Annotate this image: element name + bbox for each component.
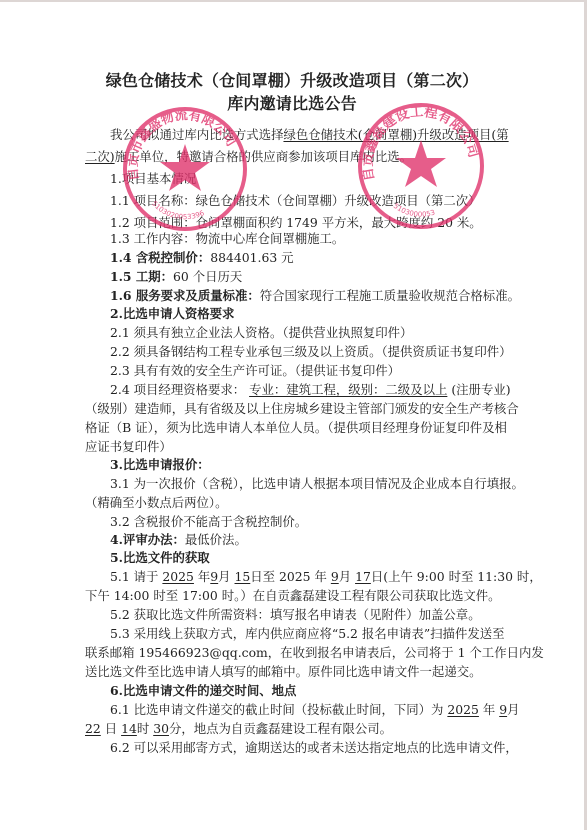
deadline-day: 22	[85, 721, 101, 736]
text: 日(上午 9:00 时至 11:30 时，	[371, 569, 542, 584]
section3-heading: 3.比选申请报价：	[110, 457, 210, 473]
section6-heading: 6.比选申请文件的递交时间、地点	[110, 683, 296, 699]
item-label: 1.6 服务要求及质量标准：	[110, 288, 260, 303]
section4: 4.评审办法：最低价法。	[110, 532, 247, 548]
item-text: 绿色仓储技术（仓间罩棚）升级改造项目（第二次）	[196, 193, 481, 208]
item-text: 仓间罩棚面积约 1749 平方米，最大跨度约 20 米。	[196, 215, 482, 230]
intro-project-name-cont: 二次)	[85, 149, 115, 164]
item-label: 1.1 项目名称：	[110, 193, 196, 208]
document-title-line2: 库内邀请比选公告	[0, 91, 584, 114]
item-2-1: 2.1 须具有独立企业法人资格。（提供营业执照复印件）	[110, 325, 412, 341]
item-text: 符合国家现行工程施工质量验收规范合格标准。	[260, 288, 520, 303]
item-label: 1.4 含税控制价：	[110, 250, 210, 265]
deadline-hour: 14	[121, 721, 137, 736]
item-5-3-line3: 送比选文件至比选申请人填写的邮箱中。原件同比选申请文件一起递交。	[85, 664, 482, 680]
text: 6.1 比选申请文件递交的截止时间（投标截止时间，下同）为	[110, 702, 443, 717]
item-6-1-line2: 22 日 14时 30分，地点为自贡鑫磊建设工程有限公司。	[85, 721, 392, 737]
item-1-3: 1.3 工作内容：物流中心库仓间罩棚施工。	[110, 231, 344, 247]
item-6-2: 6.2 可以采用邮寄方式，逾期送达的或者未送达指定地点的比选申请文件，	[110, 740, 518, 756]
intro-text: 我公司拟通过库内比选方式选择	[110, 127, 283, 142]
text: 年	[198, 569, 210, 584]
item-5-3-line1: 5.3 采用线上获取方式，库内供应商应将“5.2 报名申请表”扫描件发送至	[110, 626, 505, 642]
start-year: 2025	[162, 569, 194, 584]
text: 日	[105, 721, 117, 736]
item-3-2: 3.2 含税报价不能高于含税控制价。	[110, 514, 307, 530]
item-1-2: 1.2 项目范围：仓间罩棚面积约 1749 平方米，最大跨度约 20 米。	[110, 215, 482, 231]
deadline-minute: 30	[153, 721, 169, 736]
item-1-4: 1.4 含税控制价：884401.63 元	[110, 250, 294, 266]
text: 月	[507, 702, 519, 717]
item-2-4-line3: 格证（B 证），须为比选申请人本单位人员。（提供项目经理身份证复印件及相	[85, 420, 507, 436]
item-label: 1.5 工期：	[110, 269, 173, 284]
evaluation-method: 最低价法。	[185, 532, 247, 547]
section1-heading: 1.项目基本情况	[110, 171, 196, 187]
item-1-5: 1.5 工期：60 个日历天	[110, 269, 242, 285]
item-1-6: 1.6 服务要求及质量标准：符合国家现行工程施工质量验收规范合格标准。	[110, 288, 520, 304]
text: 日至 2025 年	[250, 569, 327, 584]
control-price: 884401.63 元	[210, 250, 293, 265]
intro-text-cont: 施工单位，特邀请合格的供应商参加该项目库内比选。	[115, 149, 412, 164]
deadline-year: 2025	[447, 702, 479, 717]
section5-heading: 5.比选文件的获取	[110, 550, 210, 566]
item-label: 1.2 项目范围：	[110, 215, 196, 230]
item-2-2: 2.2 须具备钢结构工程专业承包三级及以上资质。（提供资质证书复印件）	[110, 344, 512, 360]
text: 月	[339, 569, 351, 584]
document-page: 绿色仓储技术（仓间罩棚）升级改造项目（第二次） 库内邀请比选公告 我公司拟通过库…	[0, 0, 584, 830]
intro-project-name: 绿色仓储技术(仓间罩棚)升级改造项目(第	[283, 127, 508, 142]
item-1-1: 1.1 项目名称：绿色仓储技术（仓间罩棚）升级改造项目（第二次）	[110, 193, 481, 209]
item-text: (注册专业)	[451, 382, 510, 397]
item-5-3-line2: 联系邮箱 195466923@qq.com，在收到报名申请表后，公司将于 1 个…	[85, 645, 544, 661]
item-5-2: 5.2 获取比选文件所需资料：填写报名申请表（见附件）加盖公章。	[110, 607, 481, 623]
item-5-1-line2: 下午 14:00 时至 17:00 时。）在自贡鑫磊建设工程有限公司获取比选文件…	[85, 588, 501, 604]
item-label: 1.3 工作内容：	[110, 231, 196, 246]
end-month: 9	[331, 569, 339, 584]
item-label: 2.4 项目经理资格要求：	[110, 382, 245, 397]
text: 时	[137, 721, 149, 736]
intro-line1: 我公司拟通过库内比选方式选择绿色仓储技术(仓间罩棚)升级改造项目(第	[110, 127, 509, 143]
text: 年	[483, 702, 495, 717]
item-2-4-line1: 2.4 项目经理资格要求： 专业：建筑工程，级别：二级及以上 (注册专业)	[110, 382, 511, 398]
item-6-1-line1: 6.1 比选申请文件递交的截止时间（投标截止时间，下同）为 2025 年 9月	[110, 702, 520, 718]
item-2-3: 2.3 具有有效的安全生产许可证。（提供证书复印件）	[110, 363, 400, 379]
item-3-1-line2: （精确至小数点后两位）。	[85, 495, 228, 511]
item-2-4-line4: 应证书复印件）	[85, 439, 172, 455]
text: 5.1 请于	[110, 569, 158, 584]
qualification-requirement: 专业：建筑工程，级别：二级及以上	[249, 382, 447, 397]
item-text: 物流中心库仓间罩棚施工。	[196, 231, 345, 246]
official-stamp-right-icon: 自贡鑫磊建设工程有限公司 5103000053	[355, 100, 487, 232]
start-month: 9	[210, 569, 218, 584]
deadline-month: 9	[499, 702, 507, 717]
item-3-1-line1: 3.1 为一次报价（含税），比选申请人根据本项目情况及企业成本自行填报。	[110, 476, 524, 492]
item-2-4-line2: （级别）建造师，具有省级及以上住房城乡建设主管部门颁发的安全生产考核合	[85, 401, 519, 417]
section2-heading: 2.比选申请人资格要求	[110, 306, 234, 322]
text: 分，地点为自贡鑫磊建设工程有限公司。	[169, 721, 392, 736]
item-5-1-line1: 5.1 请于 2025 年9月 15日至 2025 年 9月 17日(上午 9:…	[110, 569, 542, 585]
section4-heading: 4.评审办法：	[110, 532, 185, 547]
duration: 60 个日历天	[173, 269, 242, 284]
document-title-line1: 绿色仓储技术（仓间罩棚）升级改造项目（第二次）	[0, 68, 584, 91]
end-day: 17	[355, 569, 371, 584]
text: 月	[218, 569, 230, 584]
intro-line2: 二次)施工单位，特邀请合格的供应商参加该项目库内比选。	[85, 149, 412, 165]
start-day: 15	[235, 569, 251, 584]
